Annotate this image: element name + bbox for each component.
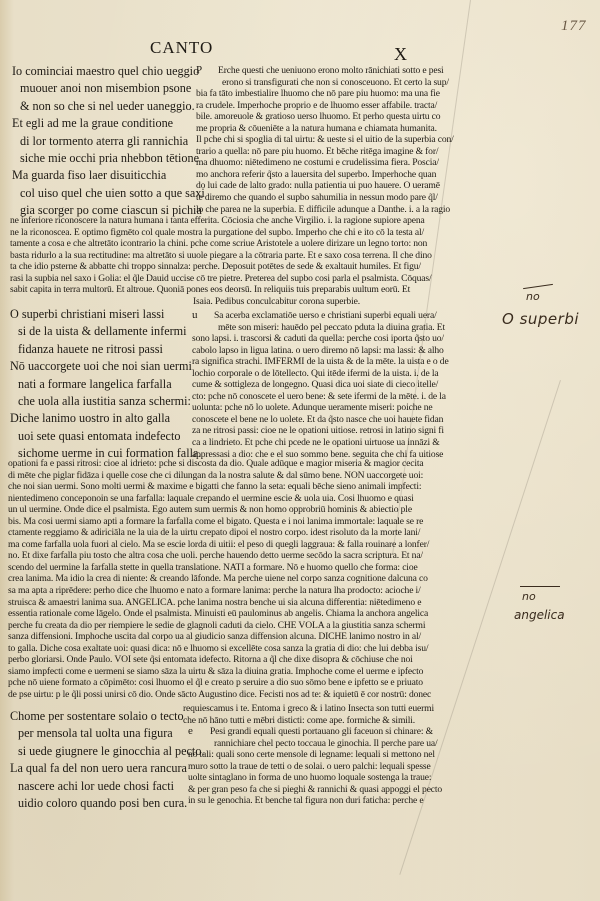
commentary-line: erono si transfigurati che non si conosc… <box>196 77 454 89</box>
commentary-line: siamo impfecti come e uermeni se siamo s… <box>8 666 431 678</box>
commentary-line: rannichiare chel pecto toccaua le ginoch… <box>188 738 442 750</box>
manuscript-page: 177 CANTO X Io cominciai maestro quel ch… <box>0 0 600 901</box>
commentary-line: ne la riconoscea. E optimo figmēto col q… <box>10 227 432 239</box>
commentary-line: nientedimeno conceponoin se una farfalla… <box>8 493 431 505</box>
commentary-line: di mēte che piglar fidāza i quelle cose … <box>8 470 431 482</box>
commentary-line: ca a lindrieto. Et pche chi pcede ne le … <box>192 437 449 449</box>
verse-block: Chome per sostentare solaio o tecto per … <box>10 708 204 812</box>
marginal-note: no <box>522 590 536 603</box>
commentary-line: essentia rationale come lāgelo. Onde el … <box>8 608 431 620</box>
commentary-line: Erche questi che ueniuono erono molto rā… <box>218 65 444 76</box>
commentary-line: pche nō uiene formato a cōpimēto: cosi l… <box>8 677 431 689</box>
commentary-line: to galla. Diche cosa exaltate uoi: quasi… <box>8 643 431 655</box>
commentary-line: perbo gloriarsi. Onde Paulo. VOI sete q̃… <box>8 654 431 666</box>
commentary-line: crea lanima. Ma idio la crea di niente: … <box>8 573 431 585</box>
marginal-rule <box>520 586 560 587</box>
verse-block: O superbi christiani miseri lassi si de … <box>10 306 201 463</box>
commentary-line: lochio corporale o de lōtellecto. Qui it… <box>192 368 449 380</box>
marginal-note: no <box>526 290 540 303</box>
commentary-line: Sa acerba exclamatiōe uerso e christiani… <box>214 310 437 321</box>
verse-line: Diche lanimo uostro in alto galla <box>10 410 201 427</box>
commentary-line: cto: pche nō conoscete el uero bene: & s… <box>192 391 449 403</box>
verse-line: Ma guarda fiso laer disuiticchia <box>12 167 205 184</box>
verse-line: uidio coloro quando posi ben cura. <box>10 795 204 812</box>
commentary-line: Il pche chi si spoglia di tal uirtu: & u… <box>196 134 454 146</box>
commentary-line: conoscete el bene ne lo uolete. Et da q̃… <box>192 414 449 426</box>
commentary-line: & per gran peso fa che si pieghi & ranni… <box>188 784 442 796</box>
commentary-line: uolunta: pche nō lo uolete. Adunque uera… <box>192 402 449 414</box>
commentary-line: ne inferiore riconoscere la natura human… <box>10 215 432 227</box>
commentary-line: che nō hāno tutti e mēbri disticti: come… <box>183 715 434 727</box>
commentary-line: mo anchora referir q̃sto a lauersita del… <box>196 169 454 181</box>
verse-line: nati a formare langelica farfalla <box>10 376 201 393</box>
commentary-block-wide: ne inferiore riconoscere la natura human… <box>10 215 432 307</box>
verse-block: Io cominciai maestro quel chio ueggio mu… <box>12 63 205 220</box>
commentary-line: muro sotto la traue de tetti o de solai.… <box>188 761 442 773</box>
commentary-block-wide: opationi fa e passi ritrosi: cioe al idr… <box>8 458 431 700</box>
commentary-line: sa ma apta a riprēdere: perho dice che l… <box>8 585 431 597</box>
canto-label: CANTO <box>150 38 213 58</box>
commentary-line: requiescamus i te. Entoma i greco & i la… <box>183 703 434 715</box>
commentary-line: rasi la supbia nel saxo i Golia: el q̃le… <box>10 273 432 285</box>
commentary-line: struisca & amaestri lanima sua. ANGELICA… <box>8 597 431 609</box>
commentary-line: sanza diffensioni. Imphoche uscita dal c… <box>8 631 431 643</box>
verse-line: Io cominciai maestro quel chio ueggio <box>12 63 205 80</box>
verse-line: si de la uista & dellamente infermi <box>10 323 201 340</box>
verse-line: fidanza hauete ne ritrosi passi <box>10 341 201 358</box>
verse-line: Chome per sostentare solaio o tecto <box>10 708 204 725</box>
marginal-note: O superbi <box>502 310 579 328</box>
commentary-line: in su le genochia. Et benche tal figura … <box>188 795 442 807</box>
verse-line: per mensola tal uolta una figura <box>10 725 204 742</box>
commentary-line: lo che parea ne la superbia. E difficile… <box>196 204 454 216</box>
commentary-line: no tali: quali sono certe mensole di leg… <box>188 749 442 761</box>
commentary-line: do lui cade de lalto grado: nulla patien… <box>196 180 454 192</box>
commentary-line: perche fu creata da dio per riempiere le… <box>8 620 431 632</box>
commentary-line: sono lapsi. i. trascorsi & caduti da que… <box>192 333 449 345</box>
commentary-line: ma come farfalla uola fuori al cielo. Ma… <box>8 539 431 551</box>
commentary-line: za ne ritrosi passi: cioe ne le opationi… <box>192 425 449 437</box>
commentary-line: ta che idio psterne & abbatte chi troppo… <box>10 261 432 273</box>
commentary-line: opationi fa e passi ritrosi: cioe al idr… <box>8 458 431 470</box>
commentary-line: che noi sian uermi. Sono molti uermi & m… <box>8 481 431 493</box>
commentary-line: scendo del uermine la farfalla stette in… <box>8 562 431 574</box>
verse-line: di lor tormento aterra gli rannichia <box>12 133 205 150</box>
commentary-line: Pesi grandi equali questi portauano gli … <box>210 726 433 737</box>
verse-line: & non so che si nel ueder uaneggio. <box>12 98 205 115</box>
commentary-line: trario a quella: nō pare piu huomo. Et b… <box>196 146 454 158</box>
verse-line: nascere achi lor uede chosi facti <box>10 778 204 795</box>
marginal-note: angelica <box>514 608 565 622</box>
verse-line: siche mie occhi pria nhebbon tētione <box>12 150 205 167</box>
commentary-line: bia fa tāto imbestialire lhuomo che nō p… <box>196 88 454 100</box>
commentary-line: tamente a cosa e che altretāto icontrari… <box>10 238 432 250</box>
commentary-line: basta ridurlo a la sua rectitudine: ma a… <box>10 250 432 262</box>
lemma-initial: P <box>196 65 218 77</box>
verse-line: O superbi christiani miseri lassi <box>10 306 201 323</box>
commentary-line: mēte son miseri: hauēdo pel peccato pdut… <box>192 322 449 334</box>
canto-number: X <box>394 44 407 65</box>
commentary-line: uolte sintaglano in forma de uno huomo l… <box>188 772 442 784</box>
commentary-line: me propria & cōueniēte a la natura human… <box>196 123 454 135</box>
marginal-rule <box>523 284 553 289</box>
commentary-line: ctamente reggiamo & adiriciāla ne la uia… <box>8 527 431 539</box>
verse-line: Nō uaccorgete uoi che noi sian uermi <box>10 358 201 375</box>
commentary-line: ra significa strachi. IMFERMI de la uist… <box>192 356 449 368</box>
commentary-line: ra crudele. Imperhoche proprio e de lhuo… <box>196 100 454 112</box>
verse-line: che uola alla iustitia sanza schermi: <box>10 393 201 410</box>
verse-line: Et egli ad me la graue conditione <box>12 115 205 132</box>
commentary-line: un ul uermine. Onde dice el psalmista. E… <box>8 504 431 516</box>
commentary-line: no. Et dixe farfalla piu tosto che altra… <box>8 550 431 562</box>
lemma-initial: e <box>188 726 210 738</box>
commentary-block: uSa acerba exclamatiōe uerso e christian… <box>192 310 449 460</box>
verse-line: si uede giugnere le ginocchia al pecto. <box>10 743 204 760</box>
verse-line: uoi sete quasi entomata indefecto <box>10 428 201 445</box>
commentary-block: requiescamus i te. Entoma i greco & i la… <box>183 703 434 726</box>
commentary-block: PErche questi che ueniuono erono molto r… <box>196 65 454 215</box>
commentary-line: bis. Ma cosi uermi siamo apti a formare … <box>8 516 431 528</box>
commentary-line: de pse uirtu: p le q̃li possi unirsi cō … <box>8 689 431 701</box>
verse-line: La qual fa del non uero uera rancura <box>10 760 204 777</box>
commentary-line: bile. amoreuole & gratioso uerso lhuomo.… <box>196 111 454 123</box>
lemma-initial: u <box>192 310 214 322</box>
commentary-line: cume & sottigleza de longegno. Quasi dic… <box>192 379 449 391</box>
verse-line: col uiso quel che uien sotto a que saxi <box>12 185 205 202</box>
commentary-line: sabit capita in terra multorū. Et altrou… <box>10 284 432 296</box>
commentary-line: ma dhuomo: niētedimeno ne costumi e crud… <box>196 157 454 169</box>
folio-number: 177 <box>561 18 587 35</box>
commentary-line: cabolo lapso in ligua latina. o uero dir… <box>192 345 449 357</box>
verse-line: muouer anoi non misembion psone <box>12 80 205 97</box>
commentary-block: ePesi grandi equali questi portauano gli… <box>188 726 442 807</box>
commentary-line: te diremo che quando el supbo sahumilia … <box>196 192 454 204</box>
